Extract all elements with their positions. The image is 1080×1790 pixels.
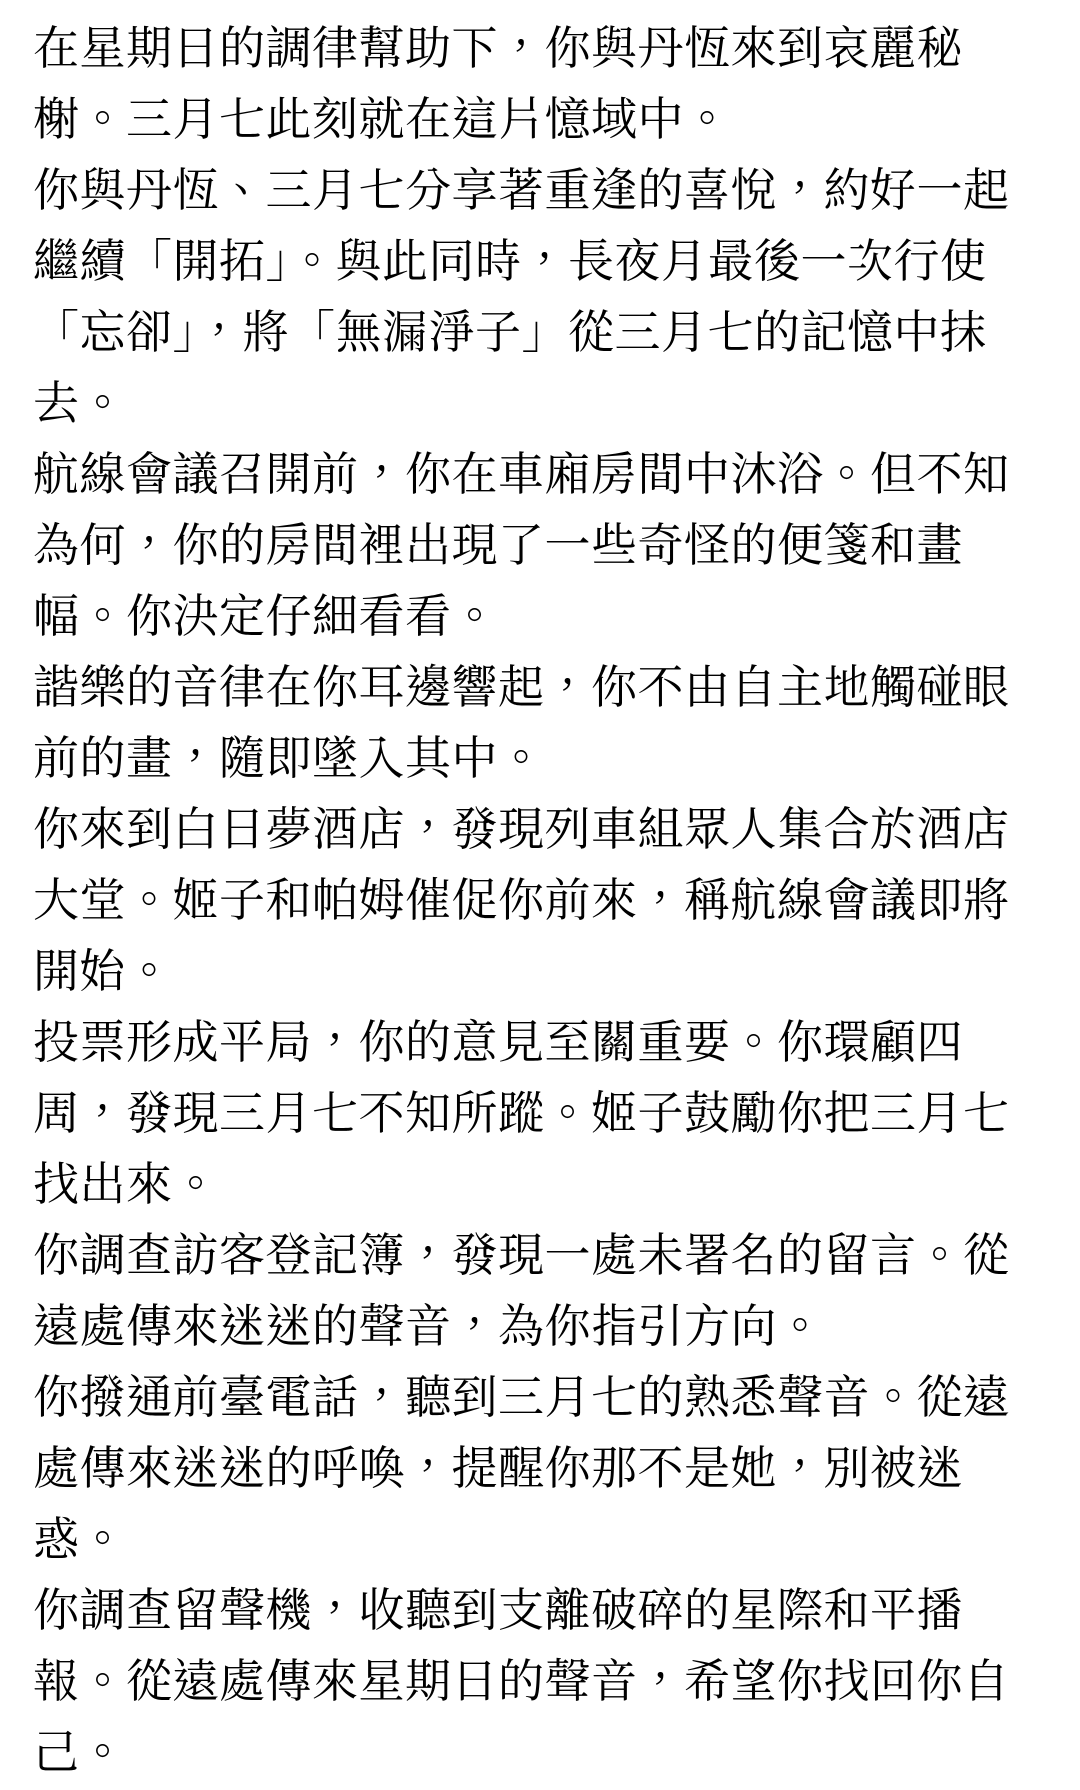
paragraph: 你調查訪客登記簿，發現一處未署名的留言。從 遠處傳來迷迷的聲音，為你指引方向。 [33, 1220, 1080, 1362]
text-line: 榭。三月七此刻就在這片憶域中。 [33, 84, 1080, 155]
text-line: 幅。你決定仔細看看。 [33, 581, 1080, 652]
text-line: 己。 [33, 1717, 1080, 1788]
paragraph: 在星期日的調律幫助下，你與丹恆來到哀麗秘 榭。三月七此刻就在這片憶域中。 [33, 13, 1080, 155]
text-line: 在星期日的調律幫助下，你與丹恆來到哀麗秘 [33, 13, 1080, 84]
text-line: 航線會議召開前，你在車廂房間中沐浴。但不知 [33, 439, 1080, 510]
text-line: 你撥通前臺電話，聽到三月七的熟悉聲音。從遠 [33, 1362, 1080, 1433]
text-line: 諧樂的音律在你耳邊響起，你不由自主地觸碰眼 [33, 652, 1080, 723]
text-line: 開始。 [33, 936, 1080, 1007]
text-line: 找出來。 [33, 1149, 1080, 1220]
text-line: 處傳來迷迷的呼喚，提醒你那不是她，別被迷 [33, 1433, 1080, 1504]
paragraph: 航線會議召開前，你在車廂房間中沐浴。但不知 為何，你的房間裡出現了一些奇怪的便箋… [33, 439, 1080, 652]
text-line: 「忘卻」，將「無漏淨子」從三月七的記憶中抹 [33, 297, 1080, 368]
paragraph: 你來到白日夢酒店，發現列車組眾人集合於酒店 大堂。姬子和帕姆催促你前來，稱航線會… [33, 794, 1080, 1007]
text-line: 報。從遠處傳來星期日的聲音，希望你找回你自 [33, 1646, 1080, 1717]
text-line: 你與丹恆、三月七分享著重逢的喜悅，約好一起 [33, 155, 1080, 226]
text-line: 周，發現三月七不知所蹤。姬子鼓勵你把三月七 [33, 1078, 1080, 1149]
paragraph: 你調查留聲機，收聽到支離破碎的星際和平播 報。從遠處傳來星期日的聲音，希望你找回… [33, 1575, 1080, 1788]
paragraph: 投票形成平局，你的意見至關重要。你環顧四 周，發現三月七不知所蹤。姬子鼓勵你把三… [33, 1007, 1080, 1220]
text-line: 你調查留聲機，收聽到支離破碎的星際和平播 [33, 1575, 1080, 1646]
text-line: 遠處傳來迷迷的聲音，為你指引方向。 [33, 1291, 1080, 1362]
text-line: 前的畫，隨即墜入其中。 [33, 723, 1080, 794]
text-line: 繼續「開拓」。與此同時，長夜月最後一次行使 [33, 226, 1080, 297]
paragraph: 諧樂的音律在你耳邊響起，你不由自主地觸碰眼 前的畫，隨即墜入其中。 [33, 652, 1080, 794]
text-line: 大堂。姬子和帕姆催促你前來，稱航線會議即將 [33, 865, 1080, 936]
text-line: 去。 [33, 368, 1080, 439]
story-summary-page: 在星期日的調律幫助下，你與丹恆來到哀麗秘 榭。三月七此刻就在這片憶域中。 你與丹… [0, 0, 1080, 1790]
text-line: 惑。 [33, 1504, 1080, 1575]
text-line: 投票形成平局，你的意見至關重要。你環顧四 [33, 1007, 1080, 1078]
text-line: 你來到白日夢酒店，發現列車組眾人集合於酒店 [33, 794, 1080, 865]
paragraph: 你與丹恆、三月七分享著重逢的喜悅，約好一起 繼續「開拓」。與此同時，長夜月最後一… [33, 155, 1080, 439]
text-line: 為何，你的房間裡出現了一些奇怪的便箋和畫 [33, 510, 1080, 581]
text-line: 你調查訪客登記簿，發現一處未署名的留言。從 [33, 1220, 1080, 1291]
paragraph: 你撥通前臺電話，聽到三月七的熟悉聲音。從遠 處傳來迷迷的呼喚，提醒你那不是她，別… [33, 1362, 1080, 1575]
